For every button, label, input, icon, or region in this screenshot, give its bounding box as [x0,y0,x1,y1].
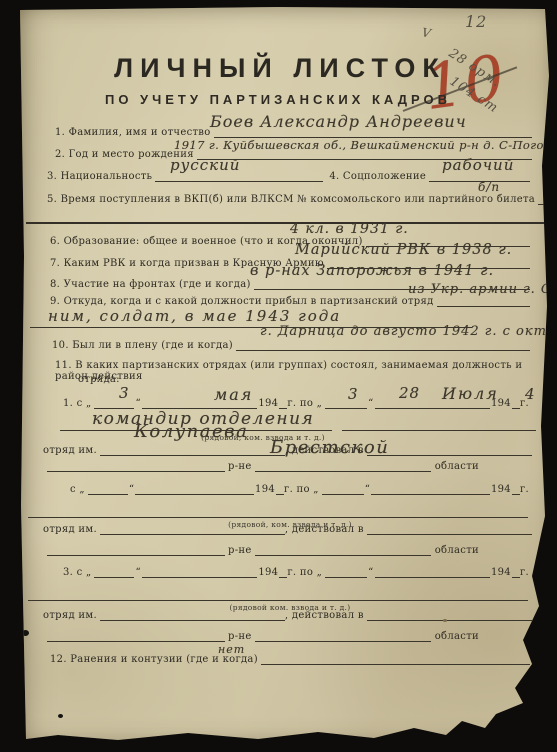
field-captivity-label: 10. Был ли в плену (где и когда) [52,340,236,351]
field-party-row: 5. Время поступления в ВКП(б) или ВЛКСМ … [47,191,530,205]
entry1-day-value: 3 [119,384,130,402]
district-label: р-не [225,461,255,472]
entry2-year2-blank [512,494,520,495]
entry2-region-blank-1 [47,555,225,556]
entry2-acted-blank [367,534,532,535]
entry3-start: 3. с „ [63,567,94,578]
form-subtitle: ПО УЧЕТУ ПАРТИЗАНСКИХ КАДРОВ [18,92,538,107]
field-nationality-value: русский [170,156,240,174]
field-party-blank [538,204,544,205]
entry1-day2-blank [325,408,367,409]
entry1-acted-blank [367,455,532,456]
field-captivity-blank [236,350,530,351]
district-label: р-не [225,631,255,642]
entry1-region-row: р-не области [47,458,482,472]
entry3-day-blank [94,577,134,578]
entry3-month-blank [142,577,257,578]
entry3-region-blank-1 [47,641,225,642]
entry1-region-value: Брестской [270,437,389,458]
year-prefix: 194 [490,567,512,578]
entry3-day2-blank [325,577,367,578]
entry1-unit-value: Колупаева [134,421,248,442]
entry2-region-row: р-не области [47,542,482,556]
oblast-label: области [431,545,482,556]
entry1-year2-value: 4 [525,385,536,403]
field-fronts-label: 8. Участие на фронтах (где и когда) [50,279,254,290]
entry2-dates-row: с „ “ 194 г. по „ “ 194 г. [70,481,532,495]
unit-label: отряд им. [43,610,100,621]
field-name-label: 1. Фамилия, имя и отчество [55,127,214,138]
paper-speck [443,619,447,622]
entry2-day-blank [88,494,128,495]
field-birth-value: 1917 г. Куйбышевская об., Вешкайменский … [174,138,557,152]
unit-label: отряд им. [43,524,100,535]
year-suffix: г. [520,484,532,495]
entry2-start: с „ [70,484,88,495]
entry3-region-row: р-не области [47,628,482,642]
entry2-month-blank [135,494,254,495]
entry1-region-blank-2 [255,471,431,472]
section11-heading-2: отряда: [78,374,120,385]
district-label: р-не [225,545,255,556]
to-token: г. по „ [287,398,325,409]
entry3-region-blank-2 [255,641,431,642]
year-prefix: 194 [490,484,512,495]
entry1-month2-blank [375,408,490,409]
page-number-pencil: 12 [465,12,487,31]
entry3-month2-blank [375,577,490,578]
field-nationality-blank [155,181,323,182]
checkmark-pencil: V [421,25,433,40]
quote-mark: “ [128,484,135,495]
field-captivity-value: г. Дарница до августо 1942 г. с октября … [260,324,557,339]
entry3-unit-row: отряд им. , действовал в [43,607,532,621]
field-education-value: 4 кл. в 1931 г. [290,221,409,237]
to-token: г. по „ [284,484,322,495]
entry1-month2-value: Июля [442,384,499,403]
field-arrival-value-1: из Укр. армии г. Сло- [408,282,557,297]
quote-mark: “ [364,484,371,495]
oblast-label: области [431,461,482,472]
paper-hole [58,714,63,718]
to-token: г. по „ [287,567,325,578]
quote-mark: “ [134,567,141,578]
field-name-value: Боев Александр Андреевич [210,112,467,131]
entry2-region-blank-2 [255,555,431,556]
acted-label: , действовал в [285,524,367,535]
entry3-unit-blank [100,620,285,621]
entry1-year2-blank [512,408,520,409]
entry1-region-blank-1 [47,471,225,472]
scanned-document-page: { "annotations": { "page_number": "12", … [0,0,557,752]
year-suffix: г. [520,567,532,578]
entry2-year-blank [276,494,284,495]
entry2-unit-blank [100,534,285,535]
year-prefix: 194 [257,398,279,409]
section11-heading-1: 11. В каких партизанских отрядах (или гр… [55,360,537,382]
entry2-month2-blank [371,494,490,495]
field-nationality-label: 3. Национальность [47,171,155,182]
entry3-year-blank [279,577,287,578]
entry1-position-blank-2 [342,430,536,431]
entry2-day2-blank [322,494,364,495]
field-arrival-label: 9. Откуда, когда и с какой должности при… [50,296,437,307]
entry1-unit-blank [100,455,285,456]
field-party-label: 5. Время поступления в ВКП(б) или ВЛКСМ … [47,194,538,205]
field-social-value: рабочий [442,156,514,174]
field-arrival-blank [437,306,530,307]
form-title: ЛИЧНЫЙ ЛИСТОК [18,53,542,84]
entry1-year-value: 3 [348,385,359,403]
quote-mark: “ [367,567,374,578]
field-arrival-value-2: ним, солдат, в мае 1943 года [48,307,341,325]
acted-label: , действовал в [285,610,367,621]
entry3-year2-blank [512,577,520,578]
entry3-position-blank [28,600,528,601]
entry2-position-blank [28,517,528,518]
paper-hole [22,630,29,636]
field-wounds-value: нет [218,643,245,656]
quote-mark: “ [367,398,374,409]
year-prefix: 194 [257,567,279,578]
section-divider [26,222,544,224]
unit-label: отряд им. [43,445,100,456]
entry2-unit-row: отряд им. , действовал в [43,521,532,535]
field-rvk-value: Марийский РВК в 1938 г. [295,242,512,258]
oblast-label: области [431,631,482,642]
quote-mark: “ [134,398,141,409]
paper-hole [20,674,24,678]
field-social-label: 4. Соцположение [323,171,429,182]
field-wounds-blank [261,664,530,665]
field-fronts-value: в р-нах Запорожья в 1941 г. [250,263,494,279]
entry1-day2-value: 28 [399,384,420,402]
year-prefix: 194 [254,484,276,495]
field-captivity-row: 10. Был ли в плену (где и когда) [52,337,530,351]
entry3-acted-blank [367,620,532,621]
entry3-dates-row: 3. с „ “ 194 г. по „ “ 194 г. [63,564,532,578]
field-wounds-row: 12. Ранения и контузии (где и когда) [50,651,530,665]
form-paper: 12 V 10 28 орм. 104 ст ЛИЧНЫЙ ЛИСТОК ПО … [18,6,552,746]
entry1-month-value: мая [214,385,253,404]
entry1-start: 1. с „ [63,398,94,409]
field-party-value: б/п [478,180,500,194]
